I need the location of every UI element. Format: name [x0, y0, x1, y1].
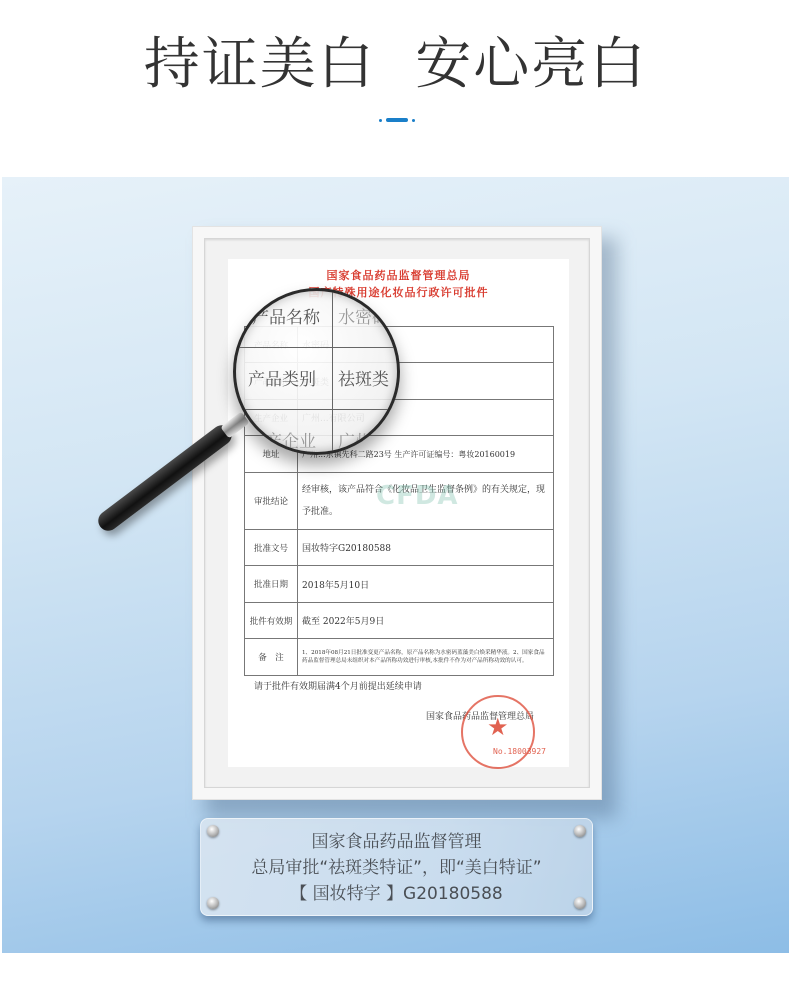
- page-headline: 持证美白 安心亮白: [0, 30, 791, 100]
- plaque-line-3: 【 国妆特字 】G20180588: [201, 881, 592, 907]
- row-label: 批准文号: [245, 530, 298, 566]
- screw-icon: [574, 825, 586, 837]
- section-indicator: [379, 118, 415, 123]
- row-label: 批件有效期: [245, 603, 298, 639]
- table-row: 备 注 1、2018年08月21日批准变更产品名称，原产品名称为水密码蓝藻美白焕…: [245, 639, 554, 676]
- cfda-watermark: CFDA: [376, 481, 459, 511]
- row-label: 地址: [245, 436, 298, 473]
- table-row: 产品名称 水密码: [245, 327, 554, 363]
- screw-icon: [207, 825, 219, 837]
- indicator-dot-left: [379, 119, 382, 122]
- row-label: 生产企业: [245, 400, 298, 436]
- row-value: 广州...东镇先科二路23号 生产许可证编号：粤妆20160019: [298, 436, 554, 473]
- row-value: 截至 2022年5月9日: [298, 603, 554, 639]
- row-value: 祛斑类: [298, 363, 554, 400]
- caption-plaque: 国家食品药品监督管理 总局审批“祛斑类特证”，即“美白特证” 【 国妆特字 】G…: [200, 818, 593, 916]
- seal-number: No.18003927: [493, 747, 546, 756]
- row-value: 水密码: [298, 327, 554, 363]
- certificate-frame: 国家食品药品监督管理总局 国产特殊用途化妆品行政许可批件 产品名称 水密码 产品…: [192, 226, 602, 800]
- table-row: 批准日期 2018年5月10日: [245, 566, 554, 603]
- table-row: 地址 广州...东镇先科二路23号 生产许可证编号：粤妆20160019: [245, 436, 554, 473]
- row-label: 产品名称: [245, 327, 298, 363]
- renewal-note: 请于批件有效期届满4个月前提出延续申请: [254, 679, 422, 692]
- indicator-bar: [386, 118, 408, 122]
- plaque-line-1: 国家食品药品监督管理: [201, 829, 592, 855]
- row-value: 1、2018年08月21日批准变更产品名称，原产品名称为水密码蓝藻美白焕采精华液…: [298, 639, 554, 676]
- official-seal: ★ No.18003927: [461, 695, 535, 769]
- screw-icon: [574, 897, 586, 909]
- row-label: 产品类别: [245, 363, 298, 400]
- row-label: 审批结论: [245, 473, 298, 530]
- certificate-document: 国家食品药品监督管理总局 国产特殊用途化妆品行政许可批件 产品名称 水密码 产品…: [228, 259, 569, 767]
- plaque-line-2: 总局审批“祛斑类特证”，即“美白特证”: [201, 855, 592, 881]
- document-title: 国产特殊用途化妆品行政许可批件: [228, 284, 569, 300]
- table-row: 批准文号 国妆特字G20180588: [245, 530, 554, 566]
- table-row: 产品类别 祛斑类: [245, 363, 554, 400]
- row-label: 批准日期: [245, 566, 298, 603]
- table-row: 生产企业 广州...有限公司: [245, 400, 554, 436]
- indicator-dot-right: [412, 119, 415, 122]
- table-row: 批件有效期 截至 2022年5月9日: [245, 603, 554, 639]
- row-value: 广州...有限公司: [298, 400, 554, 436]
- row-value: 国妆特字G20180588: [298, 530, 554, 566]
- screw-icon: [207, 897, 219, 909]
- document-authority: 国家食品药品监督管理总局: [228, 267, 569, 283]
- seal-star-icon: ★: [487, 713, 509, 741]
- row-value: 2018年5月10日: [298, 566, 554, 603]
- row-label: 备 注: [245, 639, 298, 676]
